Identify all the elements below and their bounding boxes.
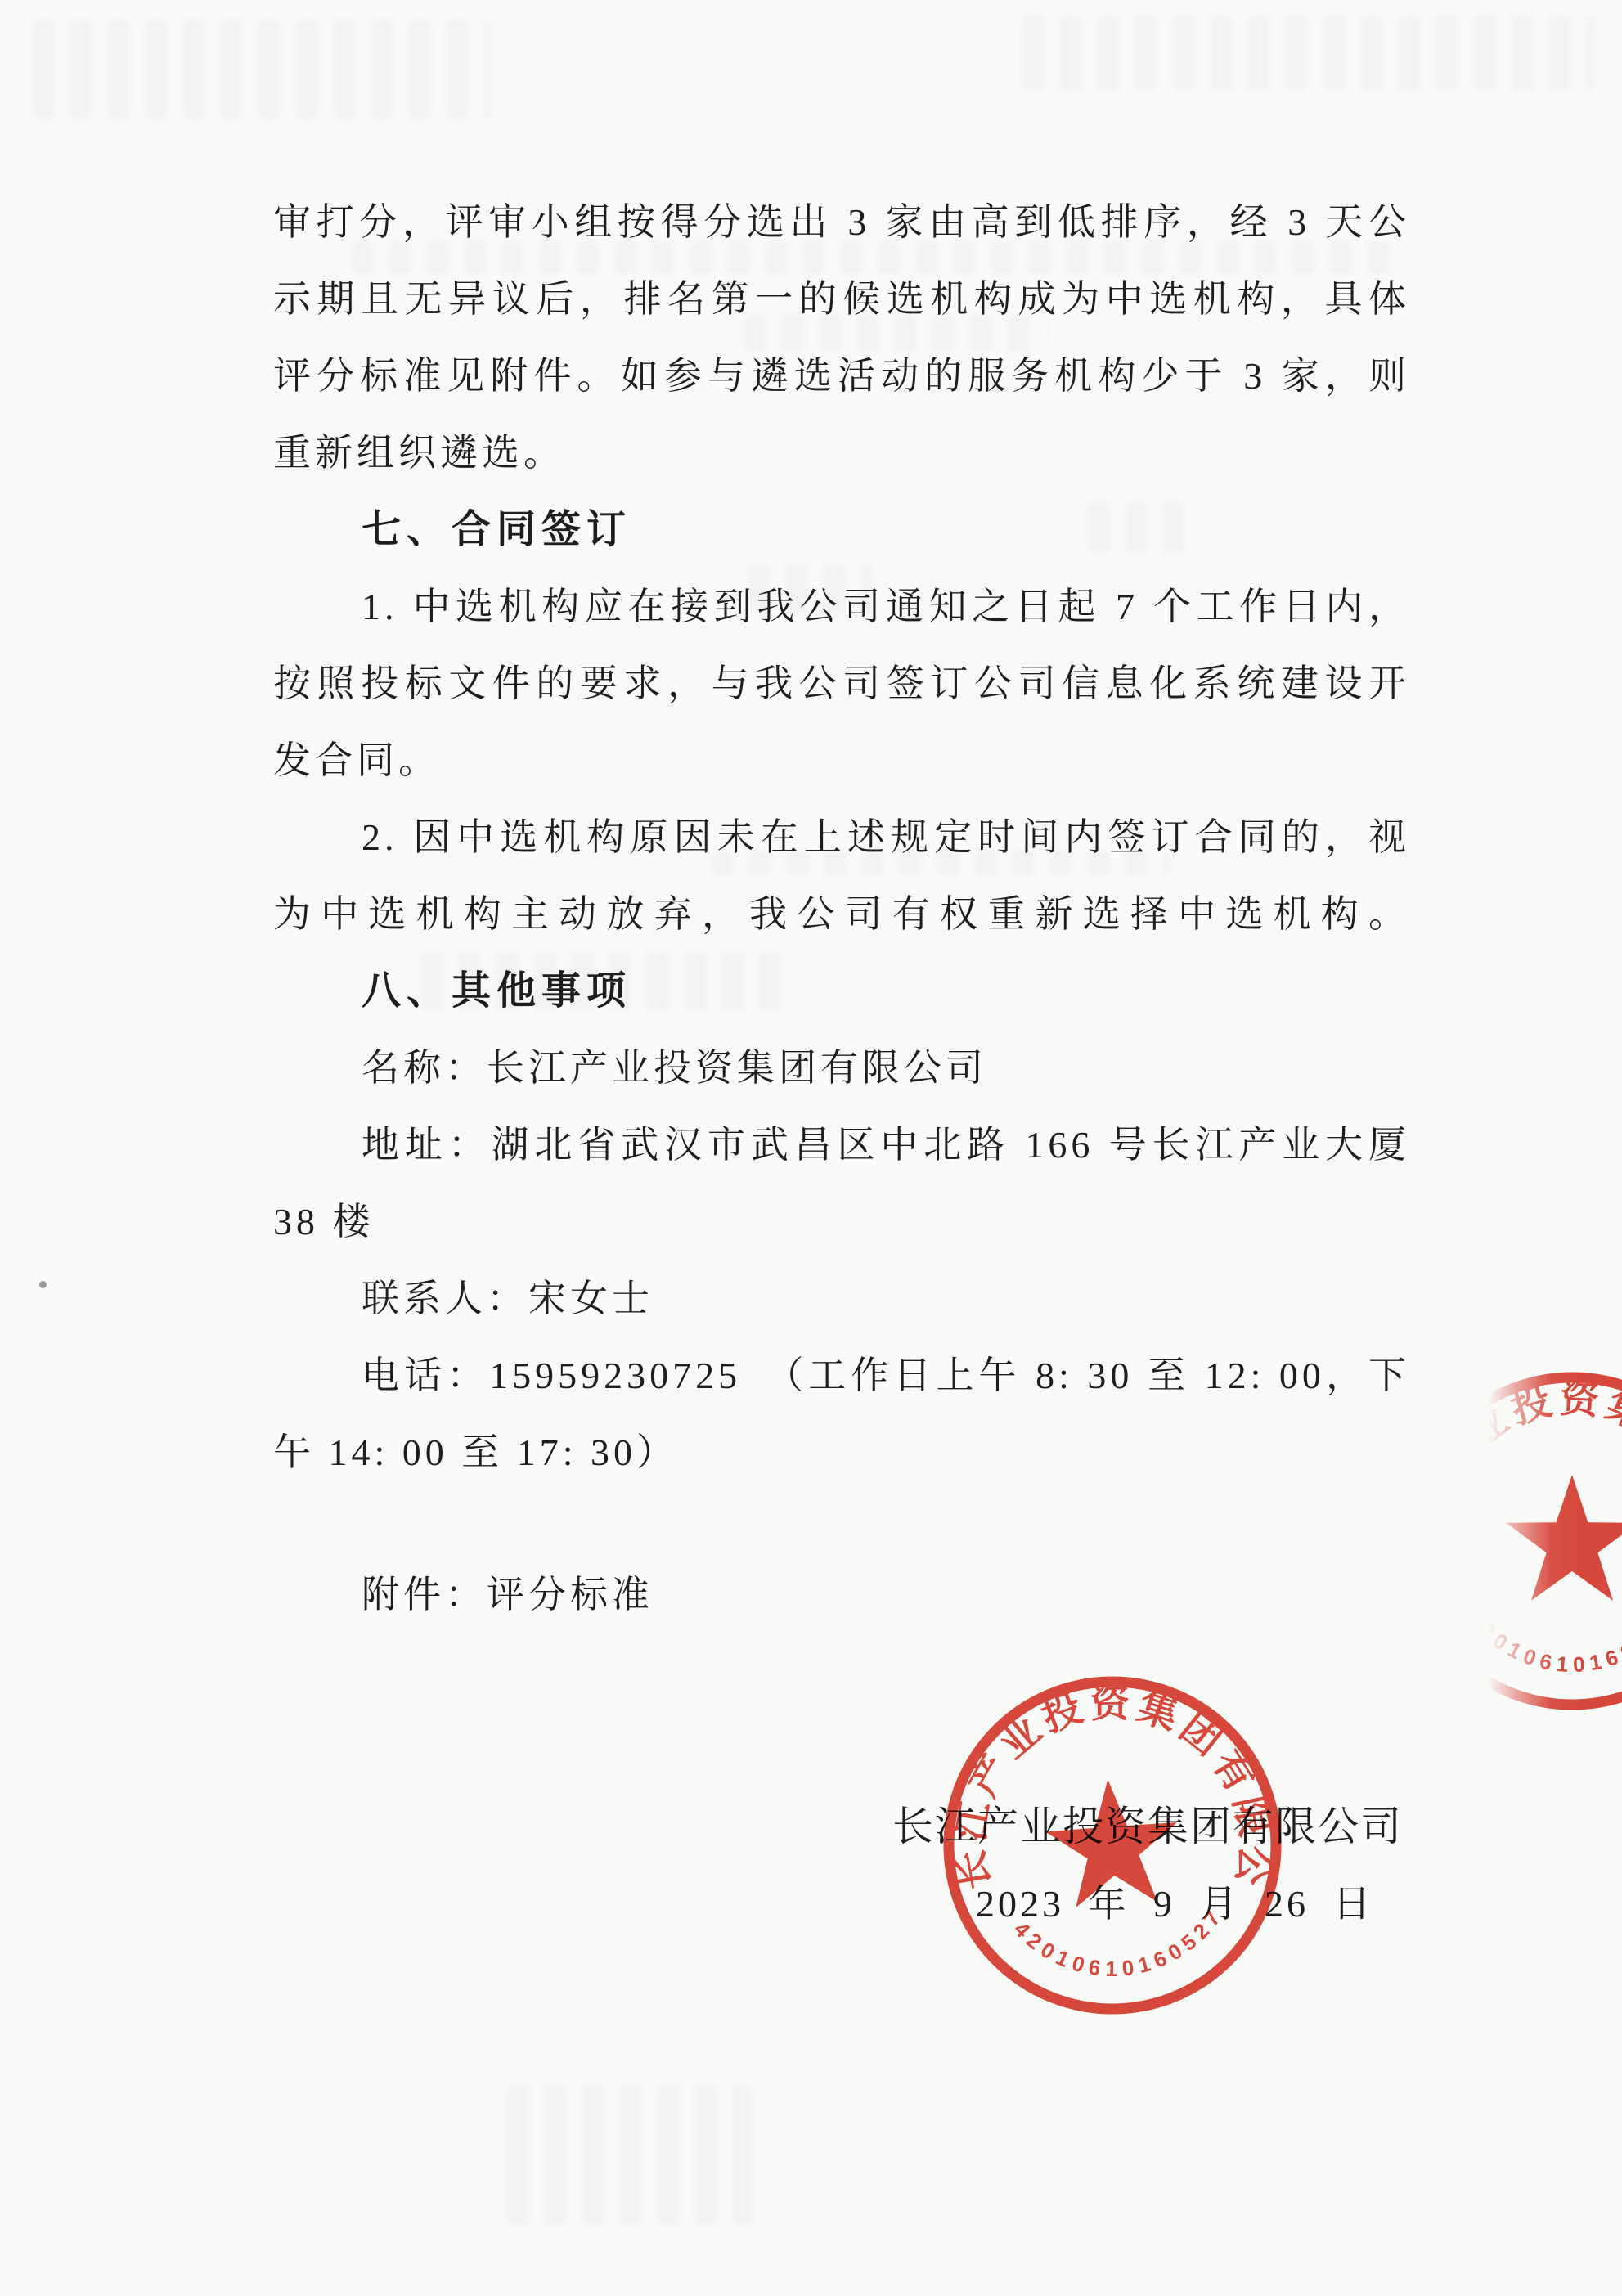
- body-line: 2. 因中选机构原因未在上述规定时间内签订合同的，视: [273, 799, 1410, 876]
- seal-code-text: 42010610160527: [1462, 1606, 1622, 1677]
- company-name-line: 名称：长江产业投资集团有限公司: [273, 1030, 1410, 1107]
- signature-date: 2023 年 9 月 26 日: [976, 1881, 1374, 1927]
- body-line: 示期且无异议后，排名第一的候选机构成为中选机构，具体: [273, 261, 1410, 338]
- contact-line: 联系人：宋女士: [273, 1260, 1410, 1337]
- seal-ring-text: 长江产业投资集团有限公司: [1396, 1365, 1622, 1594]
- ink-dot-artifact: [39, 1281, 47, 1288]
- body-line: 重新组织遴选。: [273, 415, 1410, 492]
- partial-official-seal: 长江产业投资集团有限公司 42010610160527: [1396, 1365, 1622, 1717]
- document-body: 审打分，评审小组按得分选出 3 家由高到低排序，经 3 天公 示期且无异议后，排…: [273, 184, 1410, 1491]
- address-line-2: 38 楼: [273, 1184, 1410, 1260]
- body-line: 按照投标文件的要求，与我公司签订公司信息化系统建设开: [273, 645, 1410, 722]
- address-line: 地址：湖北省武汉市武昌区中北路 166 号长江产业大厦: [273, 1107, 1410, 1184]
- bleed-through-artifact: [507, 2086, 753, 2225]
- body-line: 评分标准见附件。如参与遴选活动的服务机构少于 3 家，则: [273, 338, 1410, 415]
- seal-star-icon: [1506, 1475, 1622, 1601]
- section-heading-8: 八、其他事项: [273, 953, 1410, 1030]
- seal-ring-text: 长江产业投资集团有限公司: [925, 1658, 1280, 1912]
- seal-ring-circle: [1409, 1377, 1622, 1705]
- scanned-document-page: 审打分，评审小组按得分选出 3 家由高到低排序，经 3 天公 示期且无异议后，排…: [0, 0, 1622, 2296]
- body-line: 1. 中选机构应在接到我公司通知之日起 7 个工作日内，: [273, 568, 1410, 645]
- bleed-through-artifact: [1022, 16, 1595, 90]
- attachment-line: 附件：评分标准: [273, 1557, 1410, 1633]
- phone-line: 电话：15959230725 （工作日上午 8: 30 至 12: 00，下: [273, 1337, 1410, 1414]
- bleed-through-artifact: [33, 20, 491, 119]
- body-line: 审打分，评审小组按得分选出 3 家由高到低排序，经 3 天公: [273, 184, 1410, 261]
- signature-company: 长江产业投资集团有限公司: [892, 1802, 1403, 1851]
- section-heading-7: 七、合同签订: [273, 492, 1410, 568]
- phone-line-2: 午 14: 00 至 17: 30）: [273, 1414, 1410, 1491]
- body-line: 为中选机构主动放弃，我公司有权重新选择中选机构。: [273, 876, 1410, 953]
- body-line: 发合同。: [273, 722, 1410, 799]
